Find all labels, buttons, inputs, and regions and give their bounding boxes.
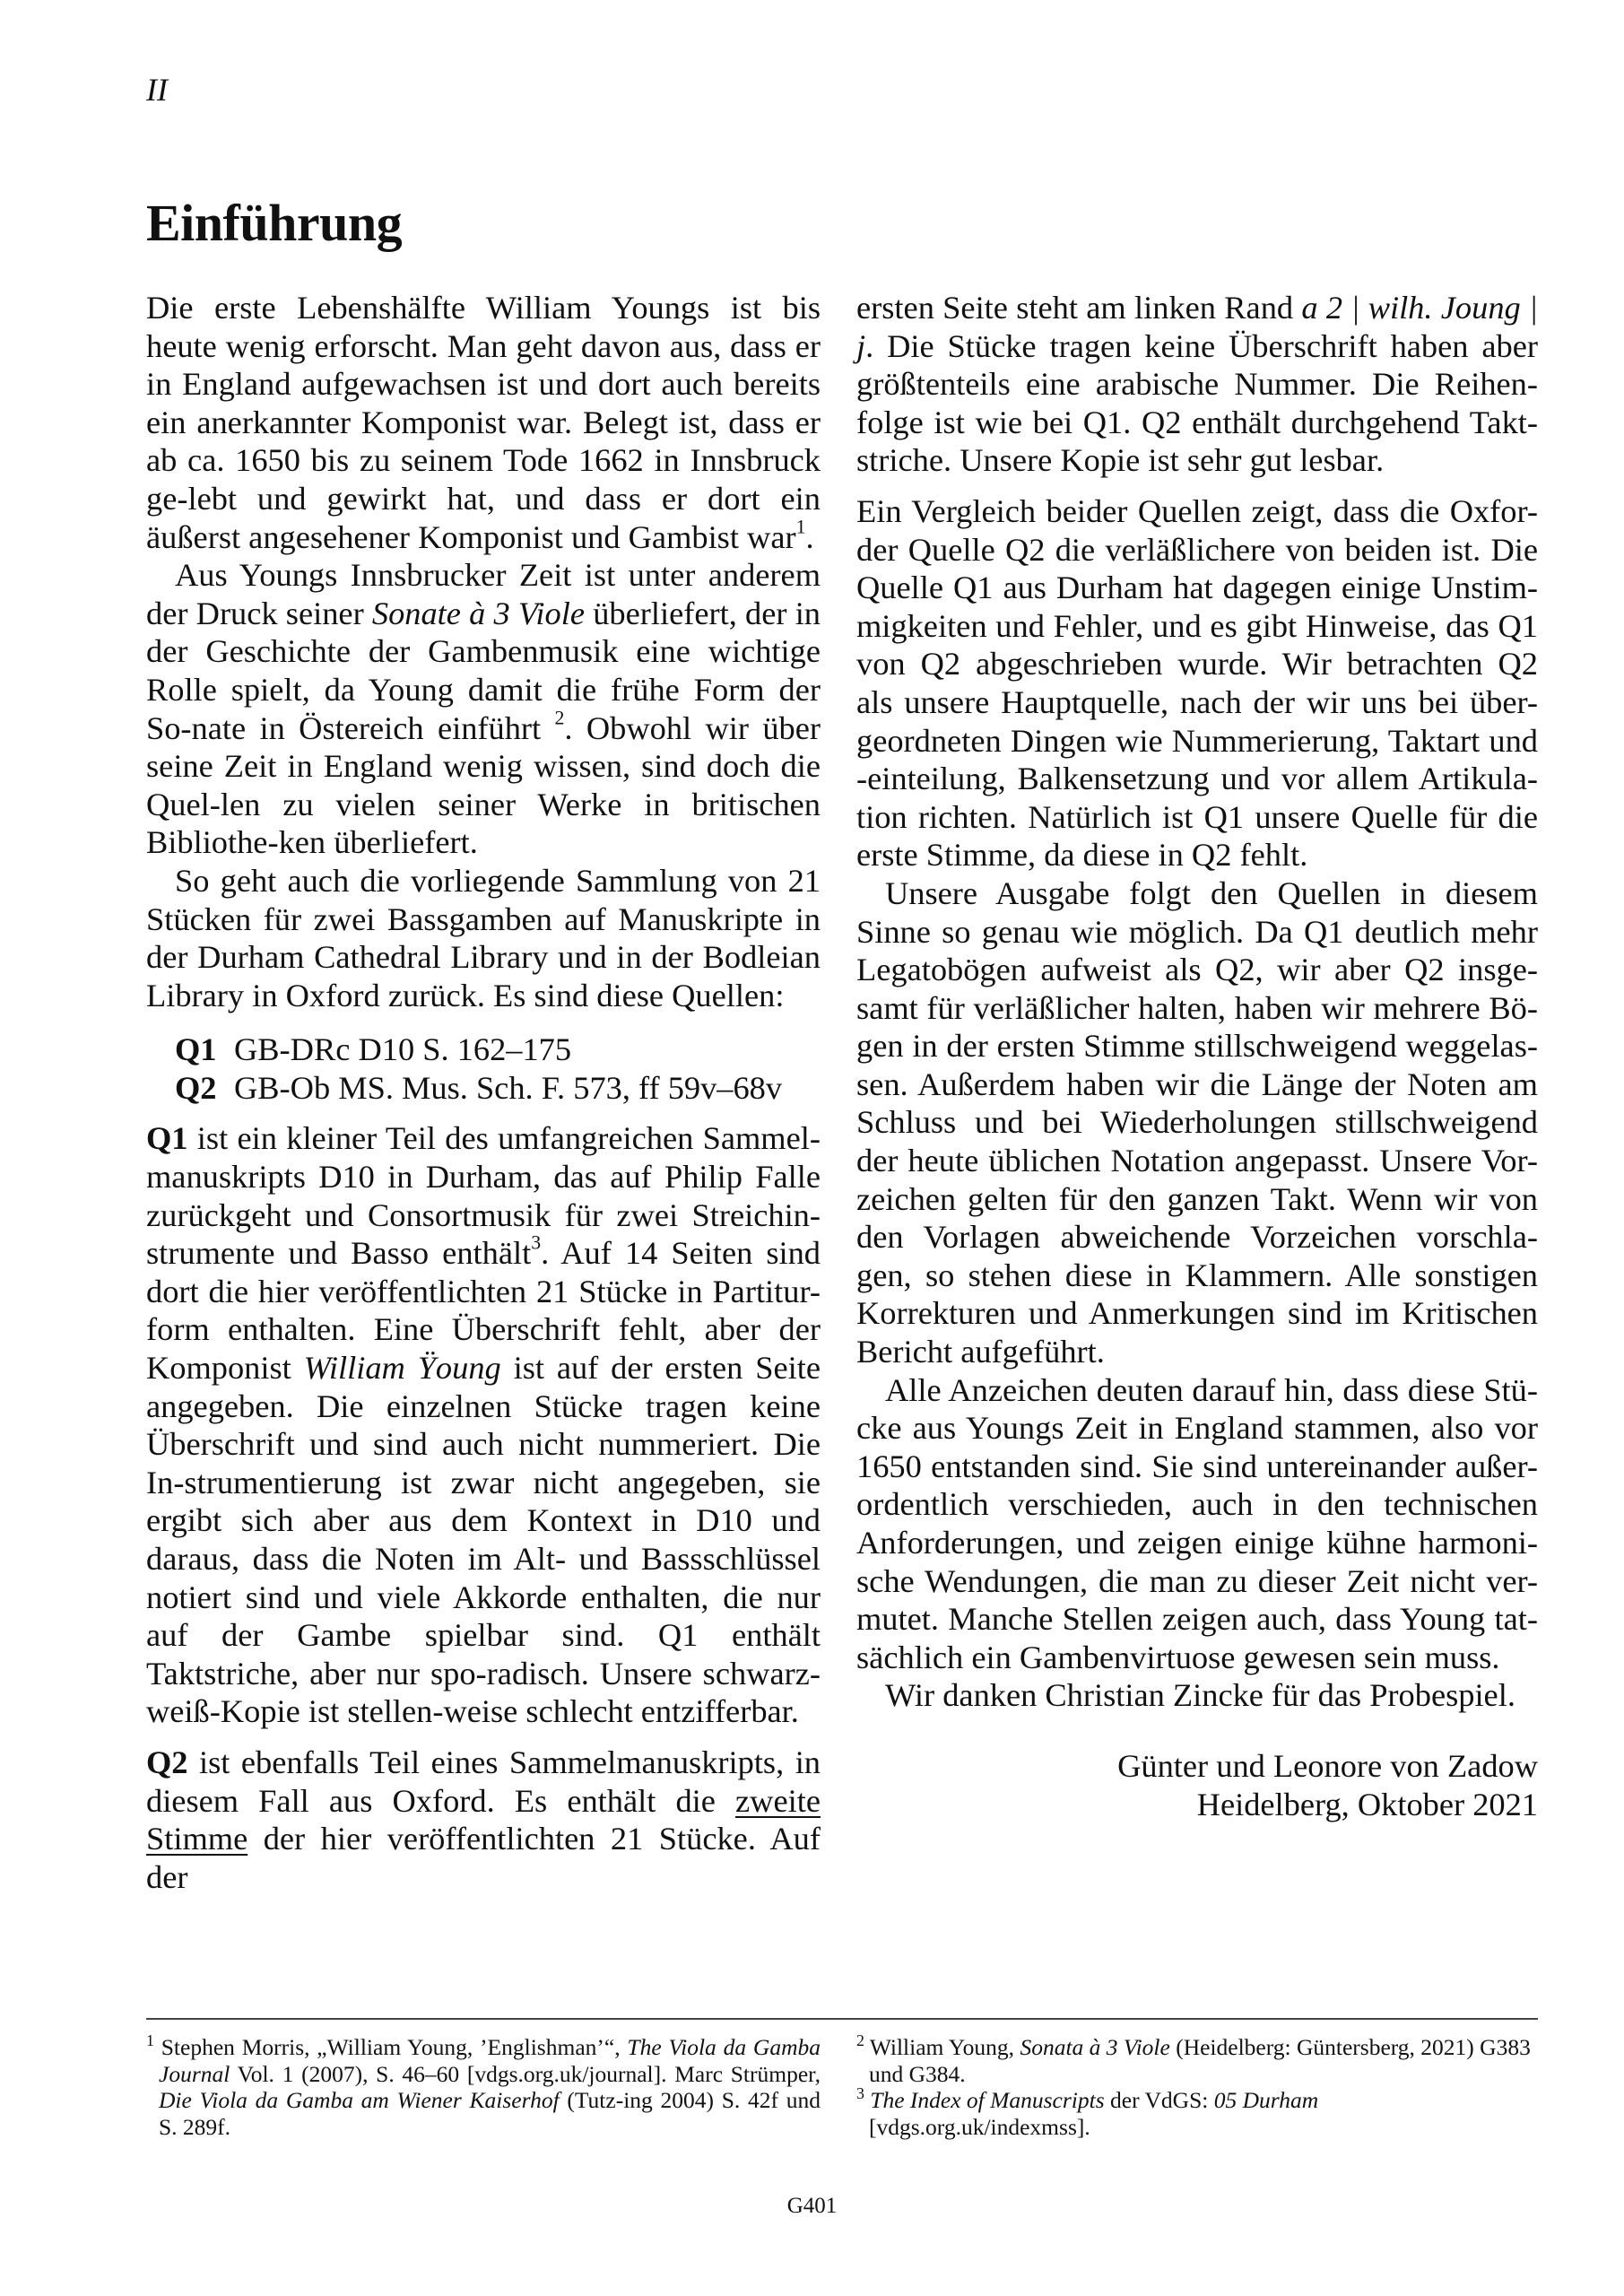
signature-names: Günter und Leonore von Zadow [856, 1747, 1538, 1786]
footnote-ref[interactable]: 1 [796, 516, 806, 537]
paragraph: Ein Vergleich beider Quellen zeigt, dass… [856, 492, 1538, 874]
footnote-2: 2 William Young, Sonata à 3 Viole (Heide… [856, 2034, 1538, 2087]
footnote-divider [146, 2018, 1538, 2020]
paragraph: Aus Youngs Innsbrucker Zeit ist unter an… [146, 556, 821, 862]
page-title: Einführung [146, 197, 402, 249]
left-column: Die erste Lebenshälfte William Youngs is… [146, 289, 821, 1896]
footnote-ref[interactable]: 2 [555, 707, 565, 728]
right-column: ersten Seite steht am linken Rand a 2 | … [856, 289, 1538, 1823]
footnotes-right: 2 William Young, Sonata à 3 Viole (Heide… [856, 2034, 1538, 2140]
work-title: Sonate à 3 Viole [372, 596, 585, 631]
footnotes-left: 1 Stephen Morris, „William Young, ’Engli… [146, 2034, 821, 2140]
footnote-1: 1 Stephen Morris, „William Young, ’Engli… [146, 2034, 821, 2140]
footnote-ref[interactable]: 3 [531, 1232, 541, 1254]
page-number: II [146, 74, 168, 106]
source-item: Q2GB-Ob MS. Mus. Sch. F. 573, ff 59v–68v [175, 1069, 821, 1108]
paragraph: Die erste Lebenshälfte William Youngs is… [146, 289, 821, 556]
paragraph: Q1 ist ein kleiner Teil des umfangreiche… [146, 1119, 821, 1731]
footnote-3: 3 The Index of Manuscripts der VdGS: 05 … [856, 2087, 1538, 2140]
folio-number: G401 [0, 2195, 1624, 2217]
paragraph: Unsere Ausgabe folgt den Quellen in dies… [856, 874, 1538, 1371]
paragraph: ersten Seite steht am linken Rand a 2 | … [856, 289, 1538, 480]
sources-list: Q1GB-DRc D10 S. 162–175 Q2GB-Ob MS. Mus.… [175, 1031, 821, 1107]
source-item: Q1GB-DRc D10 S. 162–175 [175, 1031, 821, 1069]
paragraph: So geht auch die vorliegende Sammlung vo… [146, 862, 821, 1014]
signature-place-date: Heidelberg, Oktober 2021 [856, 1786, 1538, 1824]
paragraph: Q2 ist ebenfalls Teil eines Sammelmanusk… [146, 1744, 821, 1896]
paragraph: Wir danken Christian Zincke für das Prob… [856, 1676, 1538, 1715]
paragraph: Alle Anzeichen deuten darauf hin, dass d… [856, 1371, 1538, 1677]
